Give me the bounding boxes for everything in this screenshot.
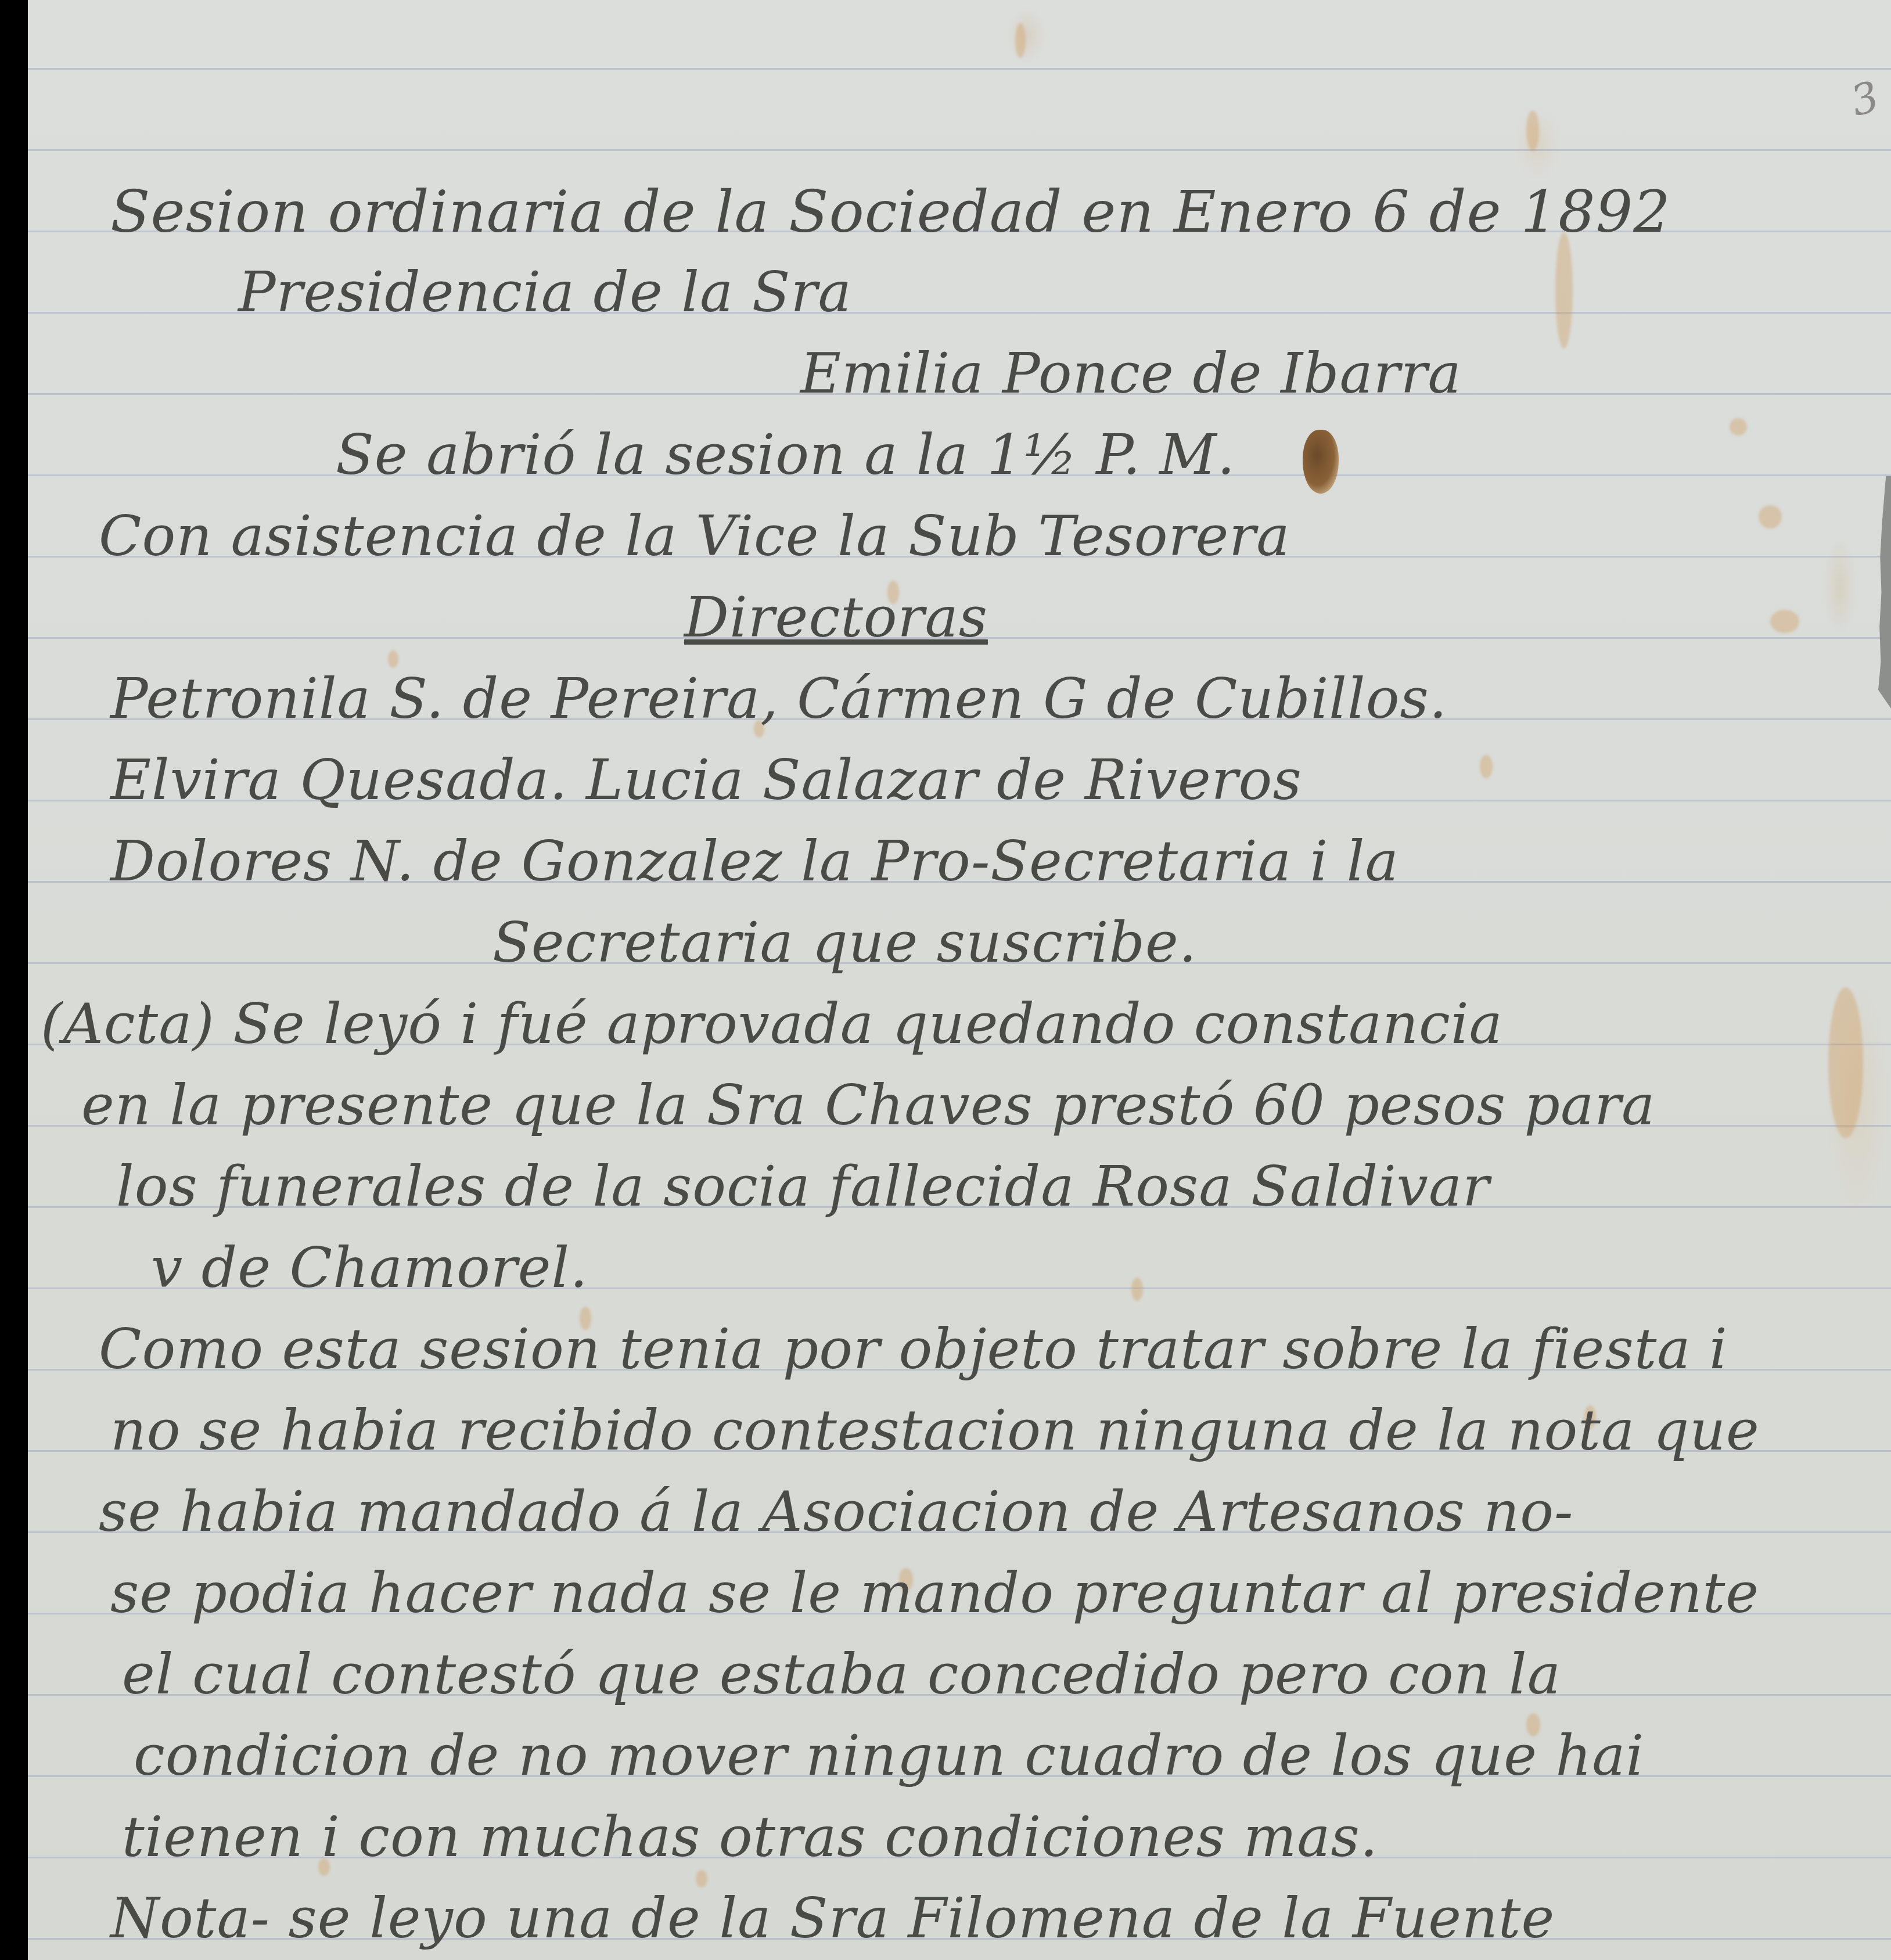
- president-name: Emilia Ponce de Ibarra: [800, 346, 1462, 401]
- session-heading: Sesion ordinaria de la Sociedad en Enero…: [110, 183, 1671, 241]
- opening-time-line: Se abrió la sesion a la 1½ P. M.: [336, 427, 1235, 483]
- foxing-stain: [1131, 1278, 1143, 1301]
- torn-edge: [1878, 476, 1891, 709]
- page-number: 3: [1846, 72, 1884, 126]
- secretary-line: Secretaria que suscribe.: [492, 915, 1197, 970]
- acta-paragraph-line-4: v de Chamorel.: [151, 1240, 588, 1296]
- foxing-stain: [1015, 23, 1026, 58]
- scan-border: [0, 0, 28, 1960]
- foxing-stain: [1828, 987, 1863, 1138]
- fiesta-paragraph-line-5: el cual contestó que estaba concedido pe…: [122, 1646, 1561, 1702]
- ruled-line: [28, 149, 1891, 151]
- acta-paragraph-line-2: en la presente que la Sra Chaves prestó …: [81, 1077, 1655, 1133]
- foxing-stain: [1759, 505, 1782, 528]
- acta-paragraph-line-3: los funerales de la socia fallecida Rosa…: [116, 1159, 1490, 1214]
- directors-row-1: Petronila S. de Pereira, Cármen G de Cub…: [110, 671, 1447, 727]
- directors-row-2: Elvira Quesada. Lucia Salazar de Riveros: [110, 752, 1302, 808]
- foxing-stain: [696, 1870, 707, 1887]
- ink-blot: [1303, 430, 1339, 494]
- foxing-stain: [1480, 755, 1493, 778]
- fiesta-paragraph-line-6: condicion de no mover ningun cuadro de l…: [134, 1728, 1644, 1783]
- fiesta-paragraph-line-2: no se habia recibido contestacion ningun…: [110, 1402, 1760, 1458]
- foxing-stain: [1555, 232, 1573, 348]
- foxing-stain: [1730, 418, 1747, 436]
- fiesta-paragraph-line-1: Como esta sesion tenia por objeto tratar…: [99, 1321, 1728, 1377]
- attendance-line: Con asistencia de la Vice la Sub Tesorer…: [99, 508, 1290, 564]
- fiesta-paragraph-line-7: tienen i con muchas otras condiciones ma…: [122, 1809, 1378, 1865]
- nota-paragraph-line-1: Nota- se leyo una de la Sra Filomena de …: [110, 1890, 1555, 1946]
- acta-paragraph-line-1: (Acta) Se leyó i fué aprovada quedando c…: [41, 996, 1503, 1052]
- fiesta-paragraph-line-4: se podia hacer nada se le mando pregunta…: [110, 1565, 1759, 1621]
- foxing-stain: [388, 650, 398, 668]
- foxing-stain: [1770, 610, 1799, 633]
- directors-heading: Directoras: [684, 589, 988, 645]
- directors-row-3: Dolores N. de Gonzalez la Pro-Secretaria…: [110, 833, 1399, 889]
- presidency-line: Presidencia de la Sra: [238, 264, 852, 320]
- manuscript-page: 3 Sesion ordinaria de la Sociedad en Ene…: [28, 0, 1891, 1960]
- ruled-line: [28, 68, 1891, 70]
- foxing-stain: [1526, 110, 1539, 151]
- fiesta-paragraph-line-3: se habia mandado á la Asociacion de Arte…: [99, 1484, 1573, 1540]
